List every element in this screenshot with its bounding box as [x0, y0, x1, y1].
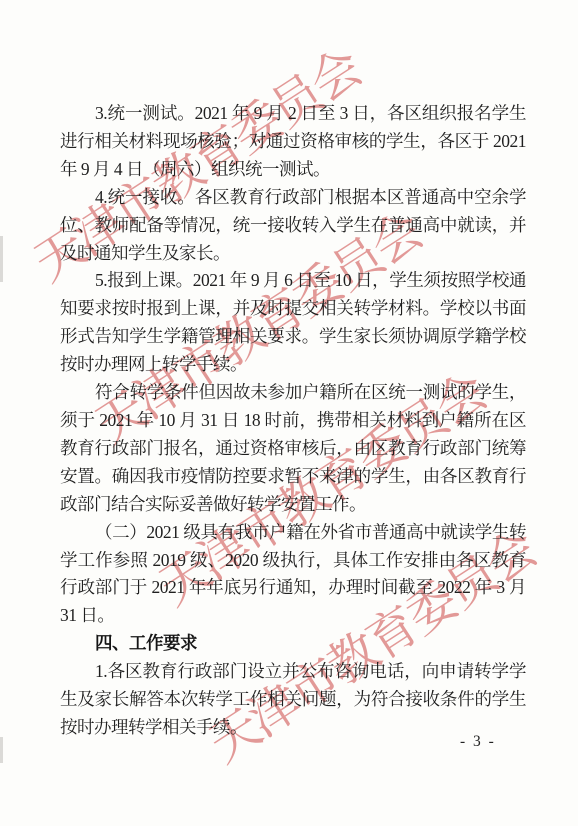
paragraph-1-consultation-hotline: 1.各区教育行政部门设立并公布咨询电话，向申请转学学生及家长解答本次转学工作相关…	[60, 658, 526, 742]
paragraph-5-report-to-class: 5.报到上课。2021 年 9 月 6 日至 10 日，学生须按照学校通知要求按…	[60, 267, 526, 379]
scan-edge-artifact	[0, 236, 3, 282]
paragraph-3-unified-test: 3.统一测试。2021 年 9 月 2 日至 3 日，各区组织报名学生进行相关材…	[60, 100, 526, 184]
paragraph-makeup-registration: 符合转学条件但因故未参加户籍所在区统一测试的学生，须于 2021 年 10 月 …	[60, 379, 526, 519]
document-page: 天津市教育委员会 天津市教育委员会 天津市教育委员会 天津市教育委员会 3.统一…	[0, 0, 578, 826]
document-body: 3.统一测试。2021 年 9 月 2 日至 3 日，各区组织报名学生进行相关材…	[60, 100, 526, 742]
scan-edge-artifact	[0, 737, 3, 763]
paragraph-4-unified-acceptance: 4.统一接收。各区教育行政部门根据本区普通高中空余学位、教师配备等情况，统一接收…	[60, 184, 526, 268]
page-number: - 3 -	[460, 733, 496, 751]
heading-4-work-requirements: 四、工作要求	[60, 630, 526, 658]
paragraph-grade-2021-transfer: （二）2021 级具有我市户籍在外省市普通高中就读学生转学工作参照 2019 级…	[60, 519, 526, 631]
